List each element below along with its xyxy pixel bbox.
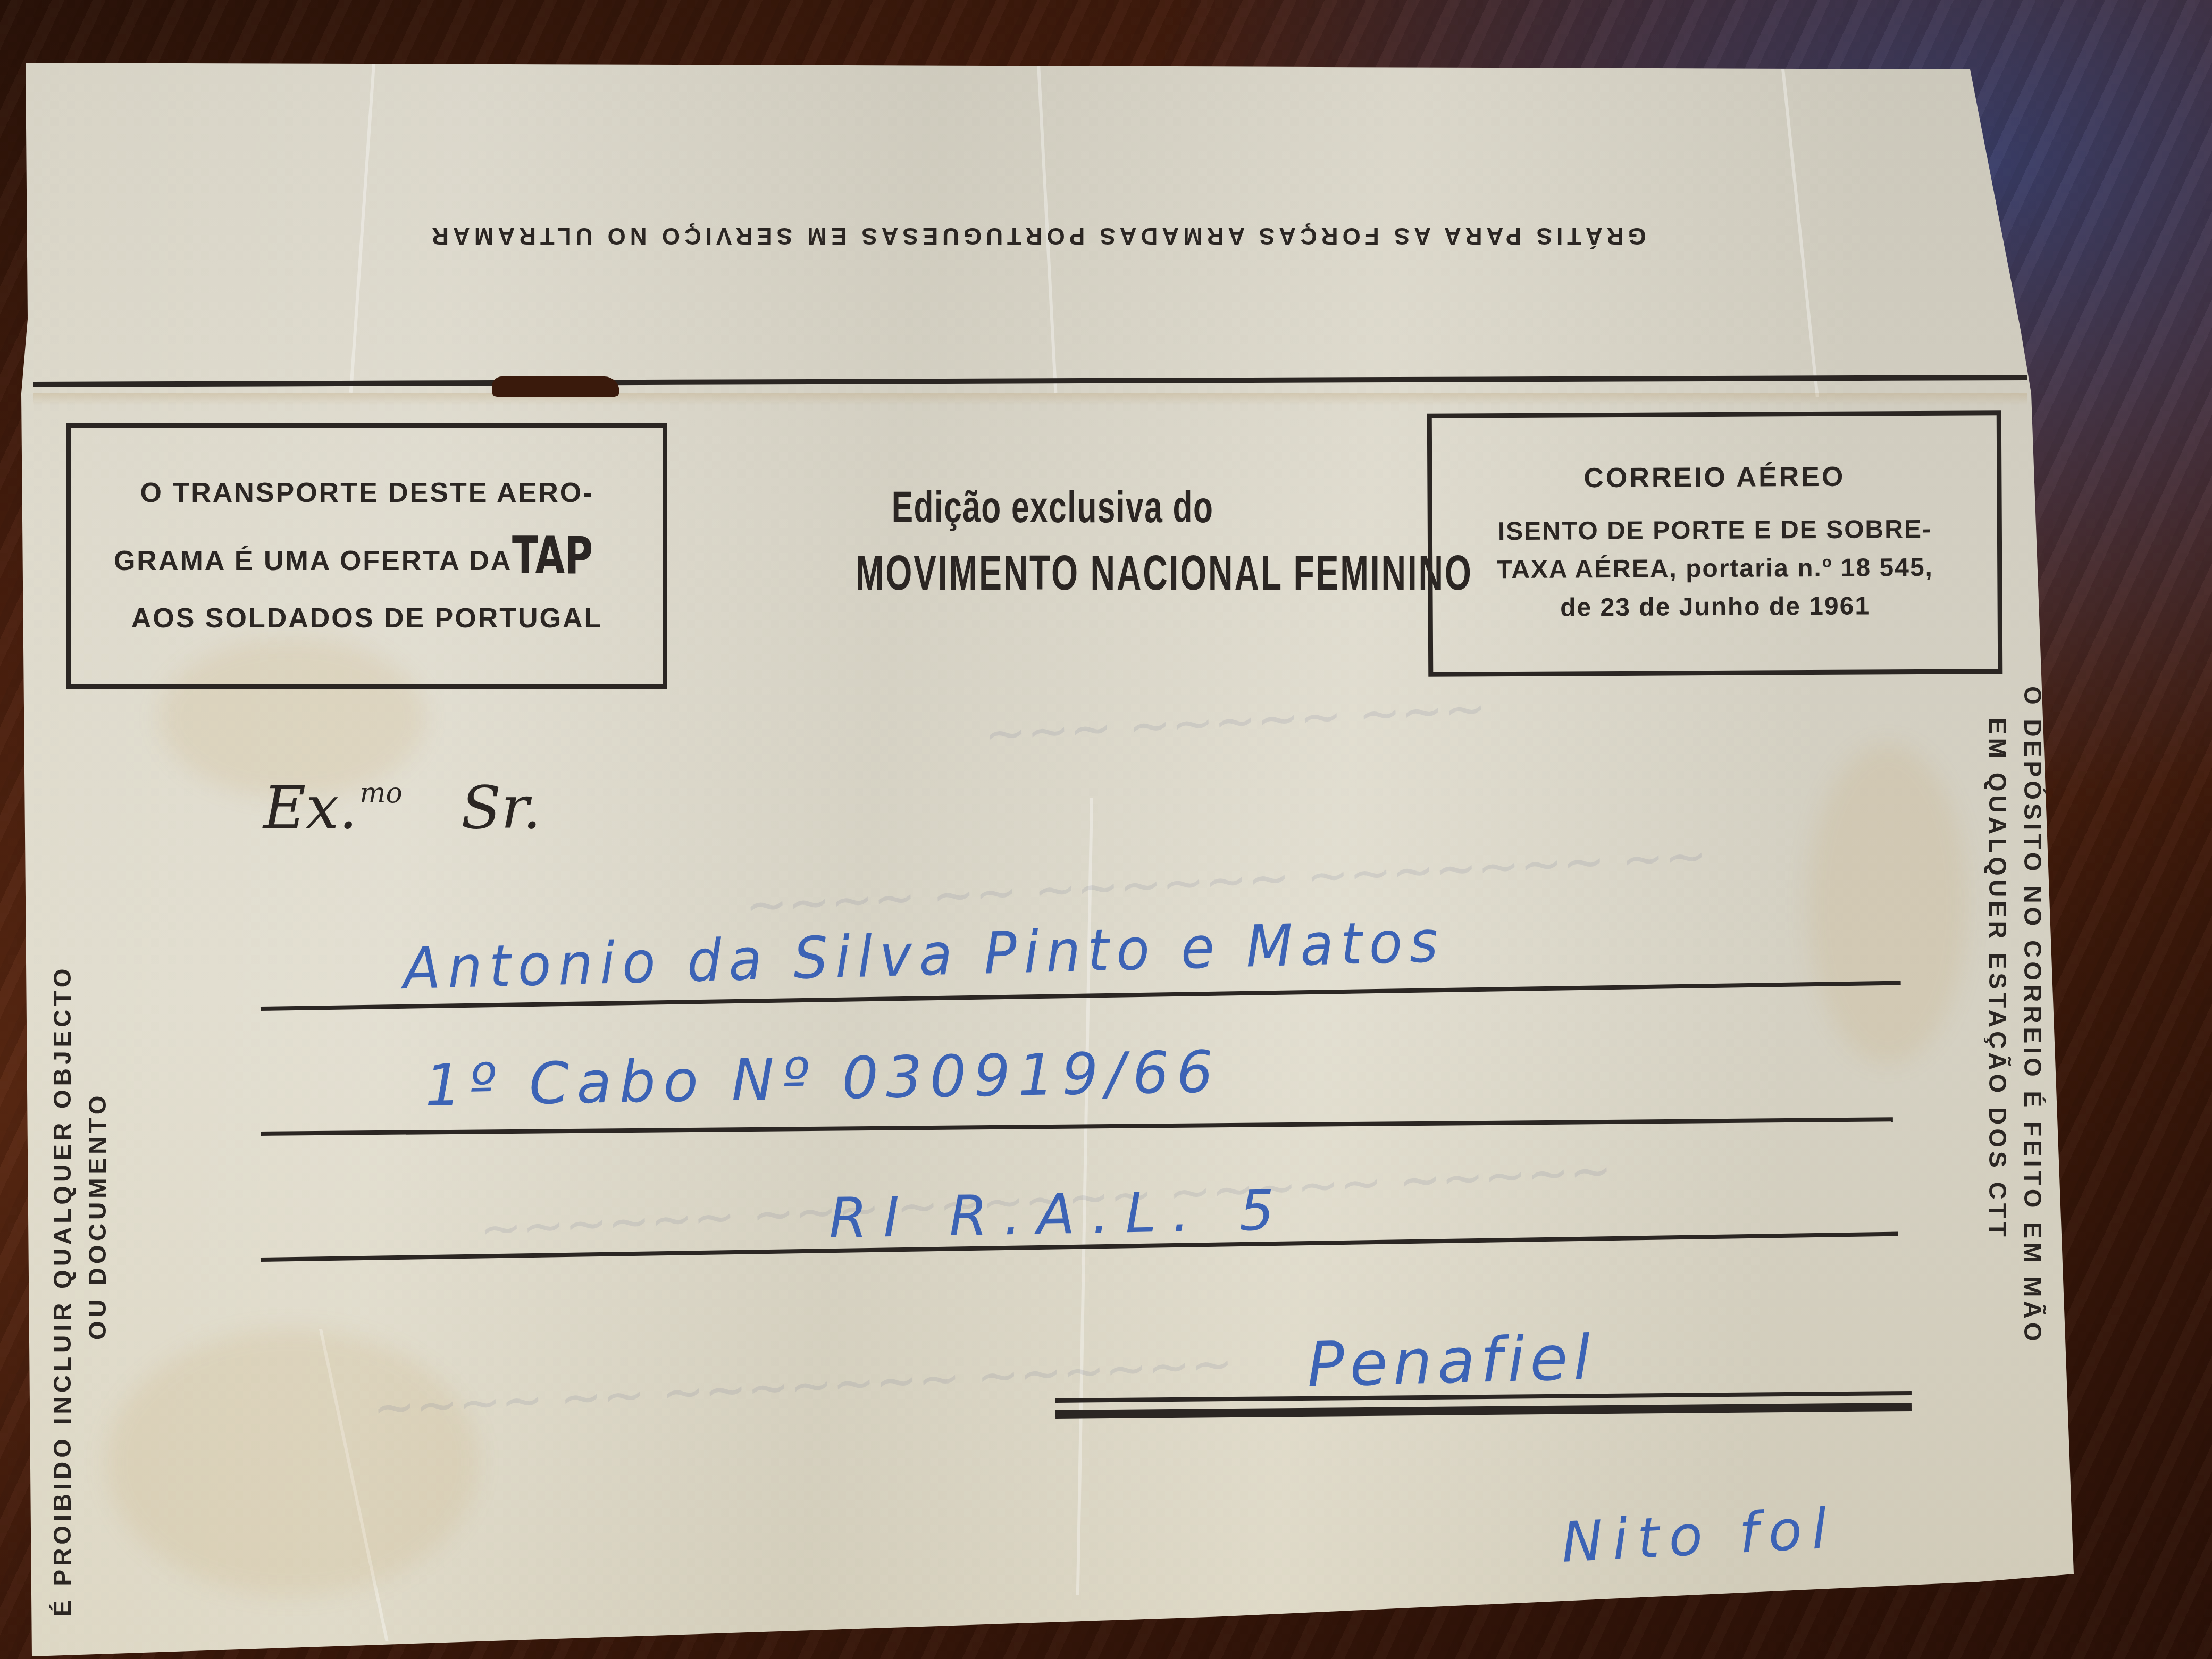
right-margin-notice: O DEPÓSITO NO CORREIO É FEITO EM MÃO EM …: [1983, 686, 2047, 1345]
aerogram-sheet: ~~~ ~~~~~ ~~~ ~~~~ ~~ ~~~~~~ ~~~~~~~ ~~ …: [0, 0, 2212, 1659]
salutation: Ex.moSr.: [263, 774, 541, 842]
salutation-superscript: mo: [359, 777, 403, 809]
left-margin-line1: É PROIBIDO INCLUIR QUALQUER OBJECTO: [48, 965, 77, 1616]
address-line-2: [261, 1117, 1893, 1136]
edition-subtitle: Edição exclusiva do: [892, 481, 1214, 533]
recipient-name: Antonio da Silva Pinto e Matos: [403, 909, 1446, 1002]
salutation-title: Sr.: [461, 774, 541, 842]
airmail-box: CORREIO AÉREO ISENTO DE PORTE E DE SOBRE…: [1427, 410, 2003, 677]
tap-notice-line2-prefix: GRAMA É UMA OFERTA DA: [114, 546, 513, 576]
airmail-line1: ISENTO DE PORTE E DE SOBRE-: [1498, 516, 1932, 544]
edition-title: MOVIMENTO NACIONAL FEMININO: [856, 546, 1473, 601]
address-line-4-lower: [1055, 1403, 1912, 1419]
show-through-writing: ~~~~ ~~ ~~~~~~~ ~~~~~~: [371, 1334, 1235, 1438]
age-stain: [106, 1329, 479, 1595]
airmail-title: CORREIO AÉREO: [1583, 460, 1845, 494]
right-margin-line1: O DEPÓSITO NO CORREIO É FEITO EM MÃO: [2018, 686, 2047, 1345]
salutation-prefix: Ex.: [263, 774, 357, 842]
upside-down-notice: GRÁTIS PARA AS FORÇAS ARMADAS PORTUGUESA…: [404, 222, 1670, 249]
recipient-unit: RI R.A.L. 5: [828, 1178, 1291, 1251]
recipient-rank-number: 1º Cabo Nº 030919/66: [424, 1039, 1221, 1119]
age-stain: [1808, 744, 1967, 1063]
paper-tear: [492, 376, 619, 397]
airmail-line2: TAXA AÉREA, portaria n.º 18 545,: [1496, 555, 1933, 582]
fold-shadow: [33, 393, 2027, 405]
tap-notice-line1: O TRANSPORTE DESTE AERO-: [140, 479, 593, 507]
edition-heading: Edição exclusiva do MOVIMENTO NACIONAL F…: [723, 481, 1382, 601]
show-through-writing: ~~~ ~~~~~ ~~~: [983, 678, 1488, 764]
left-margin-line2: OU DOCUMENTO: [83, 965, 112, 1616]
right-margin-line2: EM QUALQUER ESTAÇÃO DOS CTT: [1983, 686, 2012, 1345]
paper-crease: [1781, 69, 1819, 397]
tap-notice-box: O TRANSPORTE DESTE AERO- GRAMA É UMA OFE…: [66, 423, 667, 689]
recipient-city: Penafiel: [1306, 1322, 1596, 1401]
handwritten-footer-note: Nito fol: [1560, 1496, 1838, 1575]
airmail-line3: de 23 de Junho de 1961: [1560, 593, 1870, 621]
fold-line: [33, 375, 2027, 387]
left-margin-notice: É PROIBIDO INCLUIR QUALQUER OBJECTO OU D…: [48, 965, 112, 1616]
tap-notice-line3: AOS SOLDADOS DE PORTUGAL: [131, 605, 603, 632]
tap-notice-line2: GRAMA É UMA OFERTA DATAP: [114, 530, 620, 581]
paper-crease: [349, 64, 375, 393]
tap-brand: TAP: [512, 530, 593, 581]
